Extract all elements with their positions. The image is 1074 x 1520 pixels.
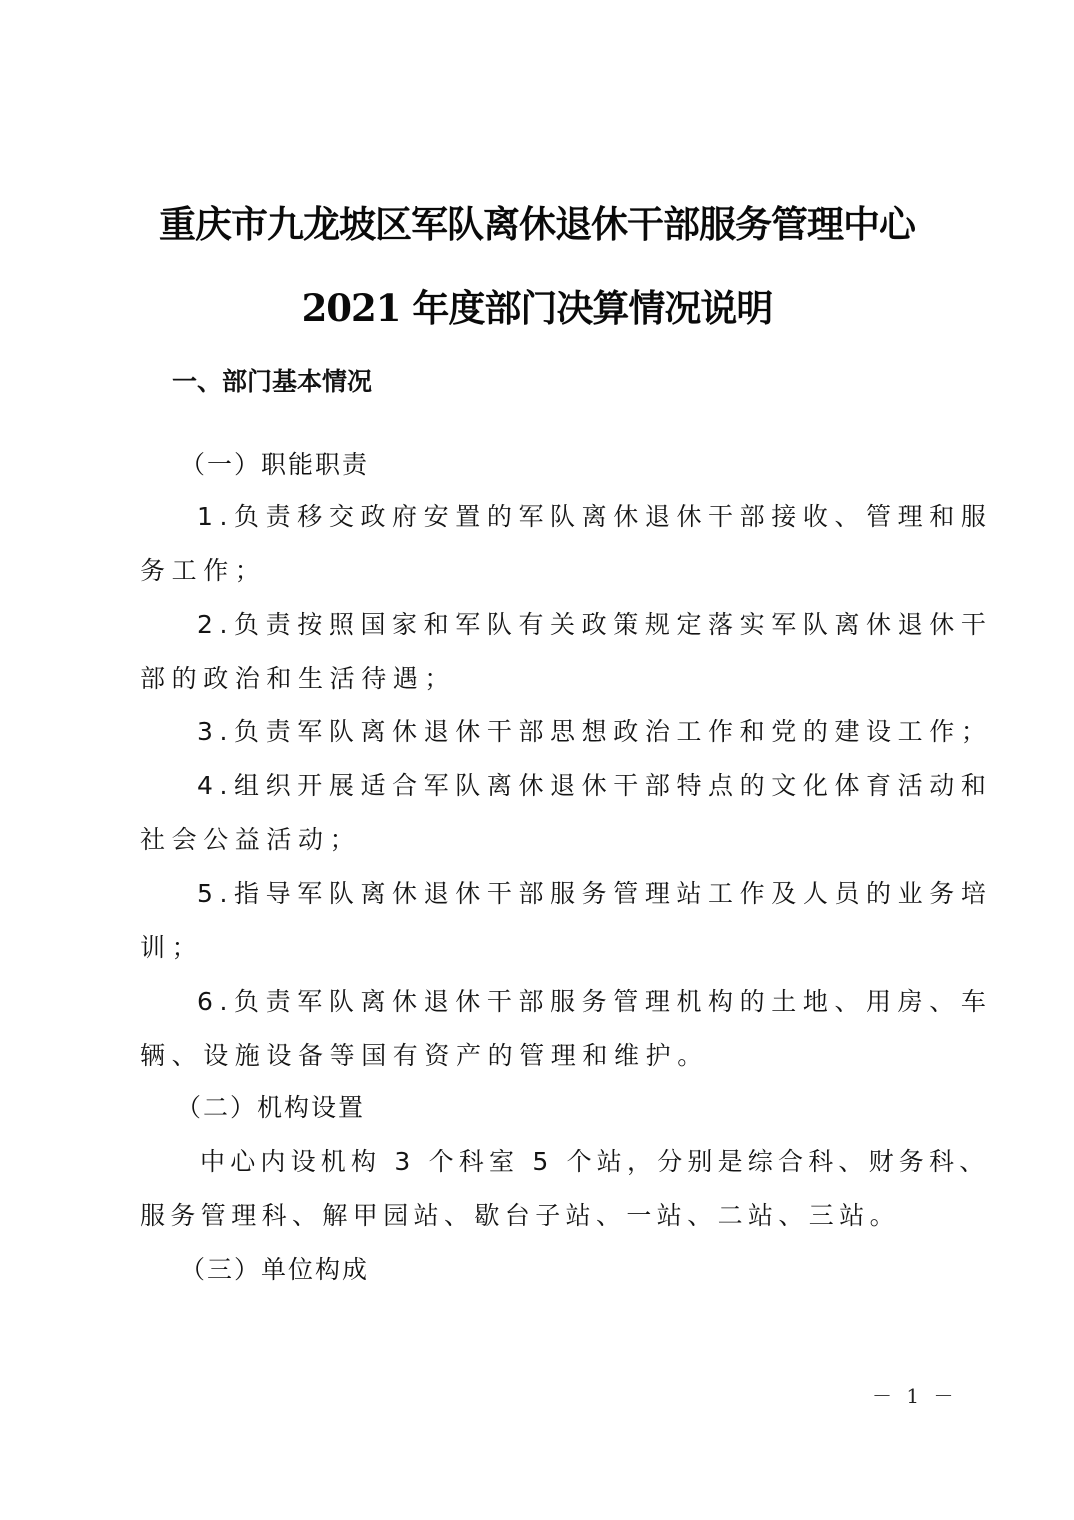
function-item-5-line-1: 5.指导军队离休退休干部服务管理站工作及人员的业务培 xyxy=(197,874,992,910)
function-item-6-line-2: 辆、设施设备等国有资产的管理和维护。 xyxy=(140,1036,709,1072)
organization-line-2: 服务管理科、解甲园站、歇台子站、一站、二站、三站。 xyxy=(140,1196,900,1232)
document-page: 重庆市九龙坡区军队离休退休干部服务管理中心 2021 年度部门决算情况说明 一、… xyxy=(0,0,1074,1520)
organization-line-1: 中心内设机构 3 个科室 5 个站，分别是综合科、财务科、 xyxy=(200,1142,989,1178)
function-item-1-line-1: 1.负责移交政府安置的军队离休退休干部接收、管理和服 xyxy=(197,497,992,533)
subsection-heading-functions: （一）职能职责 xyxy=(180,445,369,481)
document-title-line-1: 重庆市九龙坡区军队离休退休干部服务管理中心 xyxy=(0,194,1074,248)
subsection-heading-unit-composition: （三）单位构成 xyxy=(180,1250,369,1286)
function-item-2-line-2: 部的政治和生活待遇； xyxy=(140,659,456,695)
function-item-6-line-1: 6.负责军队离休退休干部服务管理机构的土地、用房、车 xyxy=(197,982,992,1018)
function-item-1-line-2: 务工作； xyxy=(140,551,266,587)
page-number: － 1 － xyxy=(872,1380,957,1409)
function-item-3-line-1: 3.负责军队离休退休干部思想政治工作和党的建设工作； xyxy=(197,712,992,748)
subsection-heading-organization: （二）机构设置 xyxy=(176,1088,365,1124)
function-item-4-line-2: 社会公益活动； xyxy=(140,820,361,856)
function-item-4-line-1: 4.组织开展适合军队离休退休干部特点的文化体育活动和 xyxy=(197,766,992,802)
function-item-5-line-2: 训； xyxy=(140,928,203,964)
function-item-2-line-1: 2.负责按照国家和军队有关政策规定落实军队离休退休干 xyxy=(197,605,992,641)
document-title-line-2: 2021 年度部门决算情况说明 xyxy=(0,278,1074,332)
section-heading-basic-info: 一、部门基本情况 xyxy=(172,362,372,398)
